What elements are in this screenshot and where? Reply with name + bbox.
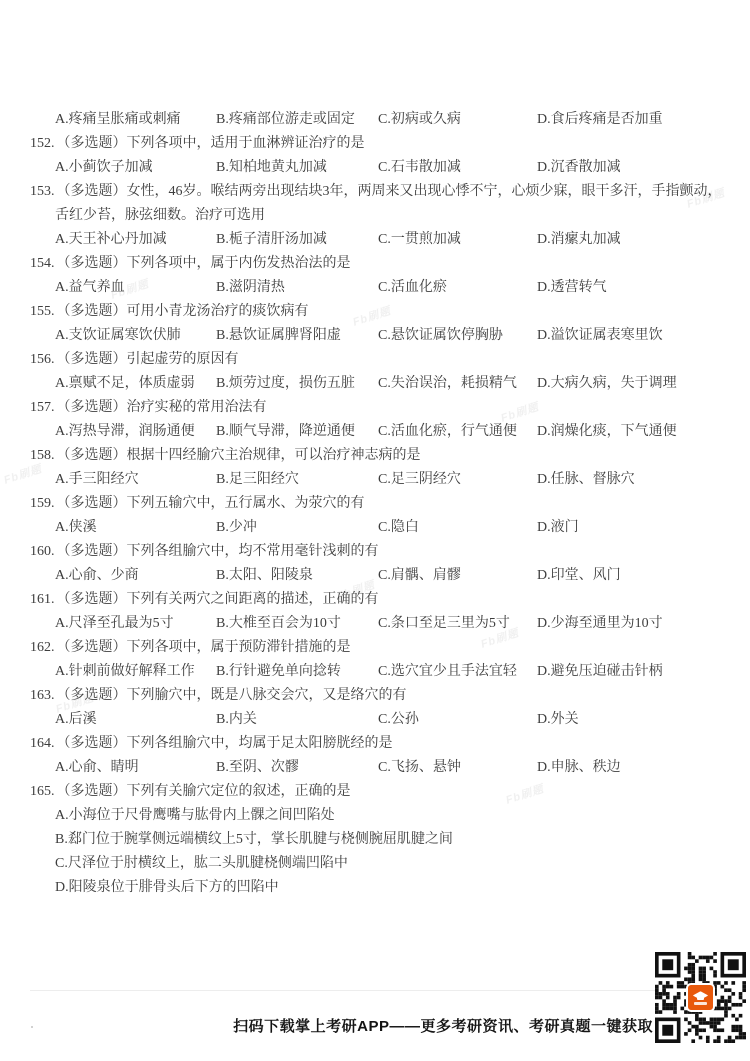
question-type-tag: （多选题）: [57, 184, 127, 199]
option: C.活血化瘀，行气通便: [378, 420, 537, 444]
question-stem: 下列各组腧穴中，均属于足太阳膀胱经的是: [127, 736, 393, 751]
option-row: D.阳陵泉位于腓骨头后下方的凹陷中: [30, 876, 722, 900]
question-stem: 下列五输穴中，五行属水、为荥穴的有: [127, 496, 365, 511]
option: A.小海位于尺骨鹰嘴与肱骨内上髁之间凹陷处: [55, 808, 335, 823]
option: B.少冲: [216, 516, 378, 540]
question-type-tag: （多选题）: [57, 736, 127, 751]
questions-list: 152.（多选题）下列各项中，适用于血淋辨证治疗的是A.小蓟饮子加减B.知柏地黄…: [30, 132, 722, 900]
question-stem-line: 162.（多选题）下列各项中，属于预防滞针措施的是: [30, 636, 722, 660]
orphan-options-row: A.疼痛呈胀痛或刺痛 B.疼痛部位游走或固定 C.初病或久病 D.食后疼痛是否加…: [30, 108, 722, 132]
question-number: 155.: [30, 304, 55, 319]
question-stem: 可用小青龙汤治疗的痰饮病有: [127, 304, 309, 319]
question-number: 162.: [30, 640, 55, 655]
option: C.条口至足三里为5寸: [378, 612, 537, 636]
question-type-tag: （多选题）: [57, 136, 127, 151]
question-156: 156.（多选题）引起虚劳的原因有A.禀赋不足，体质虚弱B.烦劳过度，损伤五脏C…: [30, 348, 722, 396]
question-162: 162.（多选题）下列各项中，属于预防滞针措施的是A.针刺前做好解释工作B.行针…: [30, 636, 722, 684]
option: A.益气养血: [55, 276, 216, 300]
options-row: A.尺泽至孔最为5寸B.大椎至百会为10寸C.条口至足三里为5寸D.少海至通里为…: [30, 612, 722, 636]
option: B.至阴、次髎: [216, 756, 378, 780]
question-number: 163.: [30, 688, 55, 703]
scan-speck: [31, 1026, 33, 1028]
footer-promo-text: 扫码下载掌上考研APP——更多考研资讯、考研真题一键获取: [233, 1016, 653, 1038]
question-153: 153.（多选题）女性，46岁。喉结两旁出现结块3年，两周来又出现心悸不宁，心烦…: [30, 180, 722, 252]
question-stem: 下列有关两穴之间距离的描述，正确的有: [127, 592, 379, 607]
option: A.心俞、少商: [55, 564, 216, 588]
options-row: A.支饮证属寒饮伏肺B.悬饮证属脾肾阳虚C.悬饮证属饮停胸胁D.溢饮证属表寒里饮: [30, 324, 722, 348]
option: C.公孙: [378, 708, 537, 732]
options-row: A.泻热导滞，润肠通便B.顺气导滞，降逆通便C.活血化瘀，行气通便D.润燥化痰，…: [30, 420, 722, 444]
question-stem-line: 159.（多选题）下列五输穴中，五行属水、为荥穴的有: [30, 492, 722, 516]
qr-code: [655, 952, 746, 1043]
question-stem: 下列各组腧穴中，均不常用毫针浅刺的有: [127, 544, 379, 559]
option: D.阳陵泉位于腓骨头后下方的凹陷中: [55, 880, 279, 895]
option: A.禀赋不足，体质虚弱: [55, 372, 216, 396]
option: B.烦劳过度，损伤五脏: [216, 372, 378, 396]
option: B.郄门位于腕掌侧远端横纹上5寸，掌长肌腱与桡侧腕屈肌腱之间: [55, 832, 453, 847]
question-165: 165.（多选题）下列有关腧穴定位的叙述，正确的是A.小海位于尺骨鹰嘴与肱骨内上…: [30, 780, 722, 900]
question-number: 161.: [30, 592, 55, 607]
options-row: A.心俞、少商B.太阳、阳陵泉C.肩髃、肩髎D.印堂、风门: [30, 564, 722, 588]
question-stem: 根据十四经腧穴主治规律，可以治疗神志病的是: [127, 448, 421, 463]
question-type-tag: （多选题）: [57, 256, 127, 271]
question-number: 158.: [30, 448, 55, 463]
option: A.天王补心丹加减: [55, 228, 216, 252]
exam-page: { "page": { "background": "#ffffff", "te…: [0, 0, 750, 1061]
option: C.飞扬、悬钟: [378, 756, 537, 780]
question-number: 165.: [30, 784, 55, 799]
question-161: 161.（多选题）下列有关两穴之间距离的描述，正确的有A.尺泽至孔最为5寸B.大…: [30, 588, 722, 636]
option: B.知柏地黄丸加减: [216, 156, 378, 180]
option: B.足三阳经穴: [216, 468, 378, 492]
option: C.足三阴经穴: [378, 468, 537, 492]
question-number: 157.: [30, 400, 55, 415]
option: B.滋阴清热: [216, 276, 378, 300]
option: C.石韦散加减: [378, 156, 537, 180]
options-row: A.天王补心丹加减B.栀子清肝汤加减C.一贯煎加减D.消瘰丸加减: [30, 228, 722, 252]
option: B.顺气导滞，降逆通便: [216, 420, 378, 444]
option: A.泻热导滞，润肠通便: [55, 420, 216, 444]
question-type-tag: （多选题）: [57, 448, 127, 463]
question-number: 154.: [30, 256, 55, 271]
option: D.透营转气: [537, 276, 722, 300]
app-logo: [686, 983, 715, 1012]
question-stem: 下列各项中，属于内伤发热治法的是: [127, 256, 351, 271]
question-stem: 女性，46岁。喉结两旁出现结块3年，两周来又出现心悸不宁，心烦少寐，眼干多汗，手…: [127, 184, 722, 199]
question-type-tag: （多选题）: [57, 400, 127, 415]
option-row: B.郄门位于腕掌侧远端横纹上5寸，掌长肌腱与桡侧腕屈肌腱之间: [30, 828, 722, 852]
option: C.活血化瘀: [378, 276, 537, 300]
question-163: 163.（多选题）下列腧穴中，既是八脉交会穴，又是络穴的有A.后溪B.内关C.公…: [30, 684, 722, 732]
question-type-tag: （多选题）: [57, 640, 127, 655]
question-type-tag: （多选题）: [57, 352, 127, 367]
graduation-cap-icon: [693, 991, 709, 1000]
option: C.初病或久病: [378, 108, 537, 132]
question-type-tag: （多选题）: [57, 784, 127, 799]
option: D.少海至通里为10寸: [537, 612, 722, 636]
option: A.疼痛呈胀痛或刺痛: [55, 108, 216, 132]
option: D.任脉、督脉穴: [537, 468, 722, 492]
option: B.疼痛部位游走或固定: [216, 108, 378, 132]
question-type-tag: （多选题）: [57, 496, 127, 511]
question-number: 160.: [30, 544, 55, 559]
question-stem: 下列各项中，属于预防滞针措施的是: [127, 640, 351, 655]
options-row: A.后溪B.内关C.公孙D.外关: [30, 708, 722, 732]
options-row: A.心俞、睛明B.至阴、次髎C.飞扬、悬钟D.申脉、秩边: [30, 756, 722, 780]
option: B.内关: [216, 708, 378, 732]
question-stem-line: 165.（多选题）下列有关腧穴定位的叙述，正确的是: [30, 780, 722, 804]
question-stem-text: 舌红少苔，脉弦细数。治疗可选用: [55, 208, 265, 223]
question-164: 164.（多选题）下列各组腧穴中，均属于足太阳膀胱经的是A.心俞、睛明B.至阴、…: [30, 732, 722, 780]
question-stem-line: 153.（多选题）女性，46岁。喉结两旁出现结块3年，两周来又出现心悸不宁，心烦…: [30, 180, 722, 204]
question-155: 155.（多选题）可用小青龙汤治疗的痰饮病有A.支饮证属寒饮伏肺B.悬饮证属脾肾…: [30, 300, 722, 348]
option: D.溢饮证属表寒里饮: [537, 324, 722, 348]
question-stem-continued: 舌红少苔，脉弦细数。治疗可选用: [30, 204, 722, 228]
question-stem-line: 158.（多选题）根据十四经腧穴主治规律，可以治疗神志病的是: [30, 444, 722, 468]
options-row: A.侠溪B.少冲C.隐白D.液门: [30, 516, 722, 540]
question-type-tag: （多选题）: [57, 304, 127, 319]
question-stem-line: 163.（多选题）下列腧穴中，既是八脉交会穴，又是络穴的有: [30, 684, 722, 708]
option: C.失治误治，耗损精气: [378, 372, 537, 396]
question-stem-line: 157.（多选题）治疗实秘的常用治法有: [30, 396, 722, 420]
question-type-tag: （多选题）: [57, 592, 127, 607]
question-sheet: A.疼痛呈胀痛或刺痛 B.疼痛部位游走或固定 C.初病或久病 D.食后疼痛是否加…: [30, 108, 722, 900]
question-number: 153.: [30, 184, 55, 199]
question-stem: 下列有关腧穴定位的叙述，正确的是: [127, 784, 351, 799]
option: B.悬饮证属脾肾阳虚: [216, 324, 378, 348]
question-159: 159.（多选题）下列五输穴中，五行属水、为荥穴的有A.侠溪B.少冲C.隐白D.…: [30, 492, 722, 540]
option: C.悬饮证属饮停胸胁: [378, 324, 537, 348]
option: D.液门: [537, 516, 722, 540]
option: D.大病久病，失于调理: [537, 372, 722, 396]
option: A.小蓟饮子加减: [55, 156, 216, 180]
option: A.后溪: [55, 708, 216, 732]
option: D.沉香散加减: [537, 156, 722, 180]
question-type-tag: （多选题）: [57, 544, 127, 559]
option: B.太阳、阳陵泉: [216, 564, 378, 588]
question-stem-line: 156.（多选题）引起虚劳的原因有: [30, 348, 722, 372]
option: D.食后疼痛是否加重: [537, 108, 722, 132]
option: A.心俞、睛明: [55, 756, 216, 780]
option: D.外关: [537, 708, 722, 732]
option: D.印堂、风门: [537, 564, 722, 588]
question-154: 154.（多选题）下列各项中，属于内伤发热治法的是A.益气养血B.滋阴清热C.活…: [30, 252, 722, 300]
question-stem-line: 164.（多选题）下列各组腧穴中，均属于足太阳膀胱经的是: [30, 732, 722, 756]
option: A.尺泽至孔最为5寸: [55, 612, 216, 636]
question-stem: 下列腧穴中，既是八脉交会穴，又是络穴的有: [127, 688, 407, 703]
option: D.申脉、秩边: [537, 756, 722, 780]
question-type-tag: （多选题）: [57, 688, 127, 703]
question-158: 158.（多选题）根据十四经腧穴主治规律，可以治疗神志病的是A.手三阳经穴B.足…: [30, 444, 722, 492]
option-row: C.尺泽位于肘横纹上，肱二头肌腱桡侧端凹陷中: [30, 852, 722, 876]
question-stem-line: 154.（多选题）下列各项中，属于内伤发热治法的是: [30, 252, 722, 276]
option: B.行针避免单向捻转: [216, 660, 378, 684]
option: C.隐白: [378, 516, 537, 540]
option: B.大椎至百会为10寸: [216, 612, 378, 636]
question-152: 152.（多选题）下列各项中，适用于血淋辨证治疗的是A.小蓟饮子加减B.知柏地黄…: [30, 132, 722, 180]
option: C.肩髃、肩髎: [378, 564, 537, 588]
option: C.尺泽位于肘横纹上，肱二头肌腱桡侧端凹陷中: [55, 856, 348, 871]
question-number: 159.: [30, 496, 55, 511]
options-row: A.益气养血B.滋阴清热C.活血化瘀D.透营转气: [30, 276, 722, 300]
question-160: 160.（多选题）下列各组腧穴中，均不常用毫针浅刺的有A.心俞、少商B.太阳、阳…: [30, 540, 722, 588]
options-row: A.针刺前做好解释工作B.行针避免单向捻转C.选穴宜少且手法宜轻D.避免压迫碰击…: [30, 660, 722, 684]
question-157: 157.（多选题）治疗实秘的常用治法有A.泻热导滞，润肠通便B.顺气导滞，降逆通…: [30, 396, 722, 444]
question-number: 156.: [30, 352, 55, 367]
option: B.栀子清肝汤加减: [216, 228, 378, 252]
question-stem-line: 152.（多选题）下列各项中，适用于血淋辨证治疗的是: [30, 132, 722, 156]
option: D.消瘰丸加减: [537, 228, 722, 252]
question-stem-line: 161.（多选题）下列有关两穴之间距离的描述，正确的有: [30, 588, 722, 612]
option: A.侠溪: [55, 516, 216, 540]
question-stem-line: 155.（多选题）可用小青龙汤治疗的痰饮病有: [30, 300, 722, 324]
options-row: A.小蓟饮子加减B.知柏地黄丸加减C.石韦散加减D.沉香散加减: [30, 156, 722, 180]
option-row: A.小海位于尺骨鹰嘴与肱骨内上髁之间凹陷处: [30, 804, 722, 828]
question-number: 152.: [30, 136, 55, 151]
option: A.针刺前做好解释工作: [55, 660, 216, 684]
option: D.避免压迫碰击针柄: [537, 660, 722, 684]
question-stem: 下列各项中，适用于血淋辨证治疗的是: [127, 136, 365, 151]
options-row: A.手三阳经穴B.足三阳经穴C.足三阴经穴D.任脉、督脉穴: [30, 468, 722, 492]
option: D.润燥化痰，下气通便: [537, 420, 722, 444]
question-stem-line: 160.（多选题）下列各组腧穴中，均不常用毫针浅刺的有: [30, 540, 722, 564]
option: A.手三阳经穴: [55, 468, 216, 492]
option: C.选穴宜少且手法宜轻: [378, 660, 537, 684]
option: A.支饮证属寒饮伏肺: [55, 324, 216, 348]
option: C.一贯煎加减: [378, 228, 537, 252]
question-number: 164.: [30, 736, 55, 751]
options-row: A.禀赋不足，体质虚弱B.烦劳过度，损伤五脏C.失治误治，耗损精气D.大病久病，…: [30, 372, 722, 396]
question-stem: 治疗实秘的常用治法有: [127, 400, 267, 415]
footer-divider: [30, 990, 662, 991]
question-stem: 引起虚劳的原因有: [127, 352, 239, 367]
